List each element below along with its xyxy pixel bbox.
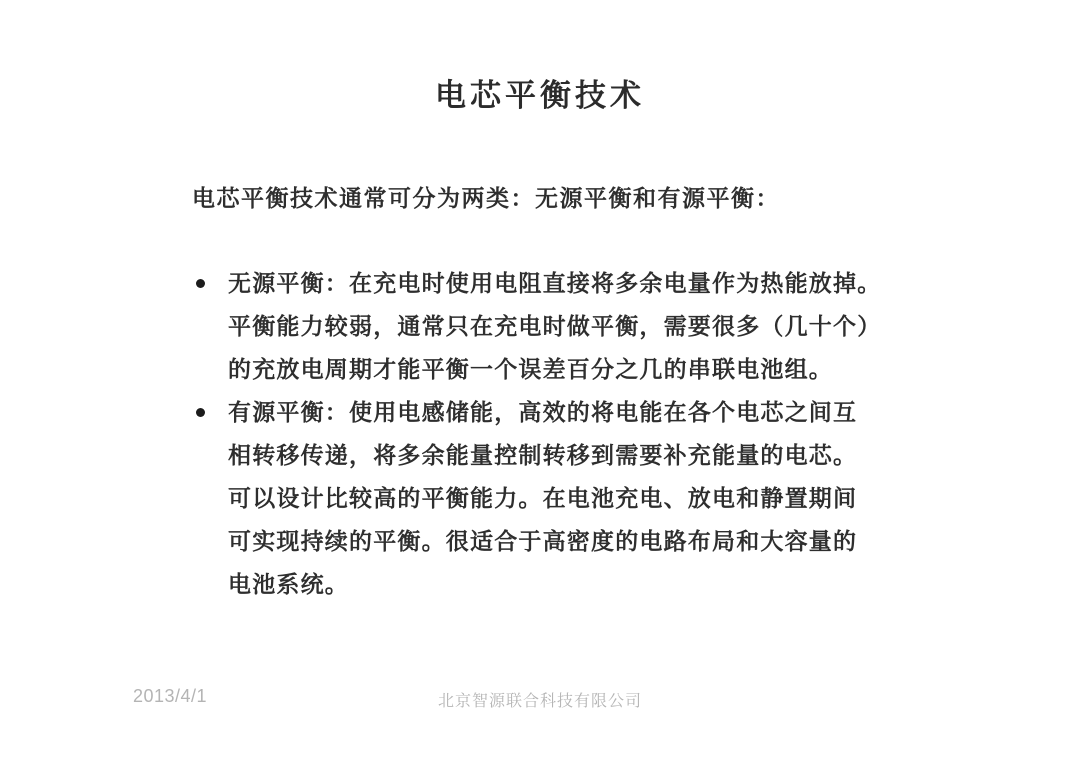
bullet-marker-column (194, 391, 228, 417)
bullet-item-passive-balancing: 无源平衡：在充电时使用电阻直接将多余电量作为热能放掉。 平衡能力较弱，通常只在充… (194, 262, 934, 391)
presentation-slide: 电芯平衡技术 电芯平衡技术通常可分为两类：无源平衡和有源平衡： 无源平衡：在充电… (0, 0, 1080, 764)
bullet-text-line: 的充放电周期才能平衡一个误差百分之几的串联电池组。 (228, 348, 934, 391)
bullet-text-line: 相转移传递，将多余能量控制转移到需要补充能量的电芯。 (228, 434, 934, 477)
bullet-text-block: 有源平衡：使用电感储能，高效的将电能在各个电芯之间互 相转移传递，将多余能量控制… (228, 391, 934, 606)
bullet-text-line: 有源平衡：使用电感储能，高效的将电能在各个电芯之间互 (228, 391, 934, 434)
bullet-item-active-balancing: 有源平衡：使用电感储能，高效的将电能在各个电芯之间互 相转移传递，将多余能量控制… (194, 391, 934, 606)
slide-title: 电芯平衡技术 (0, 70, 1080, 115)
bullet-dot-icon (196, 408, 205, 417)
bullet-text-line: 无源平衡：在充电时使用电阻直接将多余电量作为热能放掉。 (228, 262, 934, 305)
bullet-text-block: 无源平衡：在充电时使用电阻直接将多余电量作为热能放掉。 平衡能力较弱，通常只在充… (228, 262, 934, 391)
bullet-text-line: 平衡能力较弱，通常只在充电时做平衡，需要很多（几十个） (228, 305, 934, 348)
bullet-list: 无源平衡：在充电时使用电阻直接将多余电量作为热能放掉。 平衡能力较弱，通常只在充… (194, 262, 934, 606)
intro-text: 电芯平衡技术通常可分为两类：无源平衡和有源平衡： (192, 180, 780, 213)
footer-company-name: 北京智源联合科技有限公司 (0, 688, 1080, 711)
bullet-marker-column (194, 262, 228, 288)
bullet-dot-icon (196, 279, 205, 288)
bullet-text-line: 电池系统。 (228, 563, 934, 606)
bullet-text-line: 可实现持续的平衡。很适合于高密度的电路布局和大容量的 (228, 520, 934, 563)
bullet-text-line: 可以设计比较高的平衡能力。在电池充电、放电和静置期间 (228, 477, 934, 520)
